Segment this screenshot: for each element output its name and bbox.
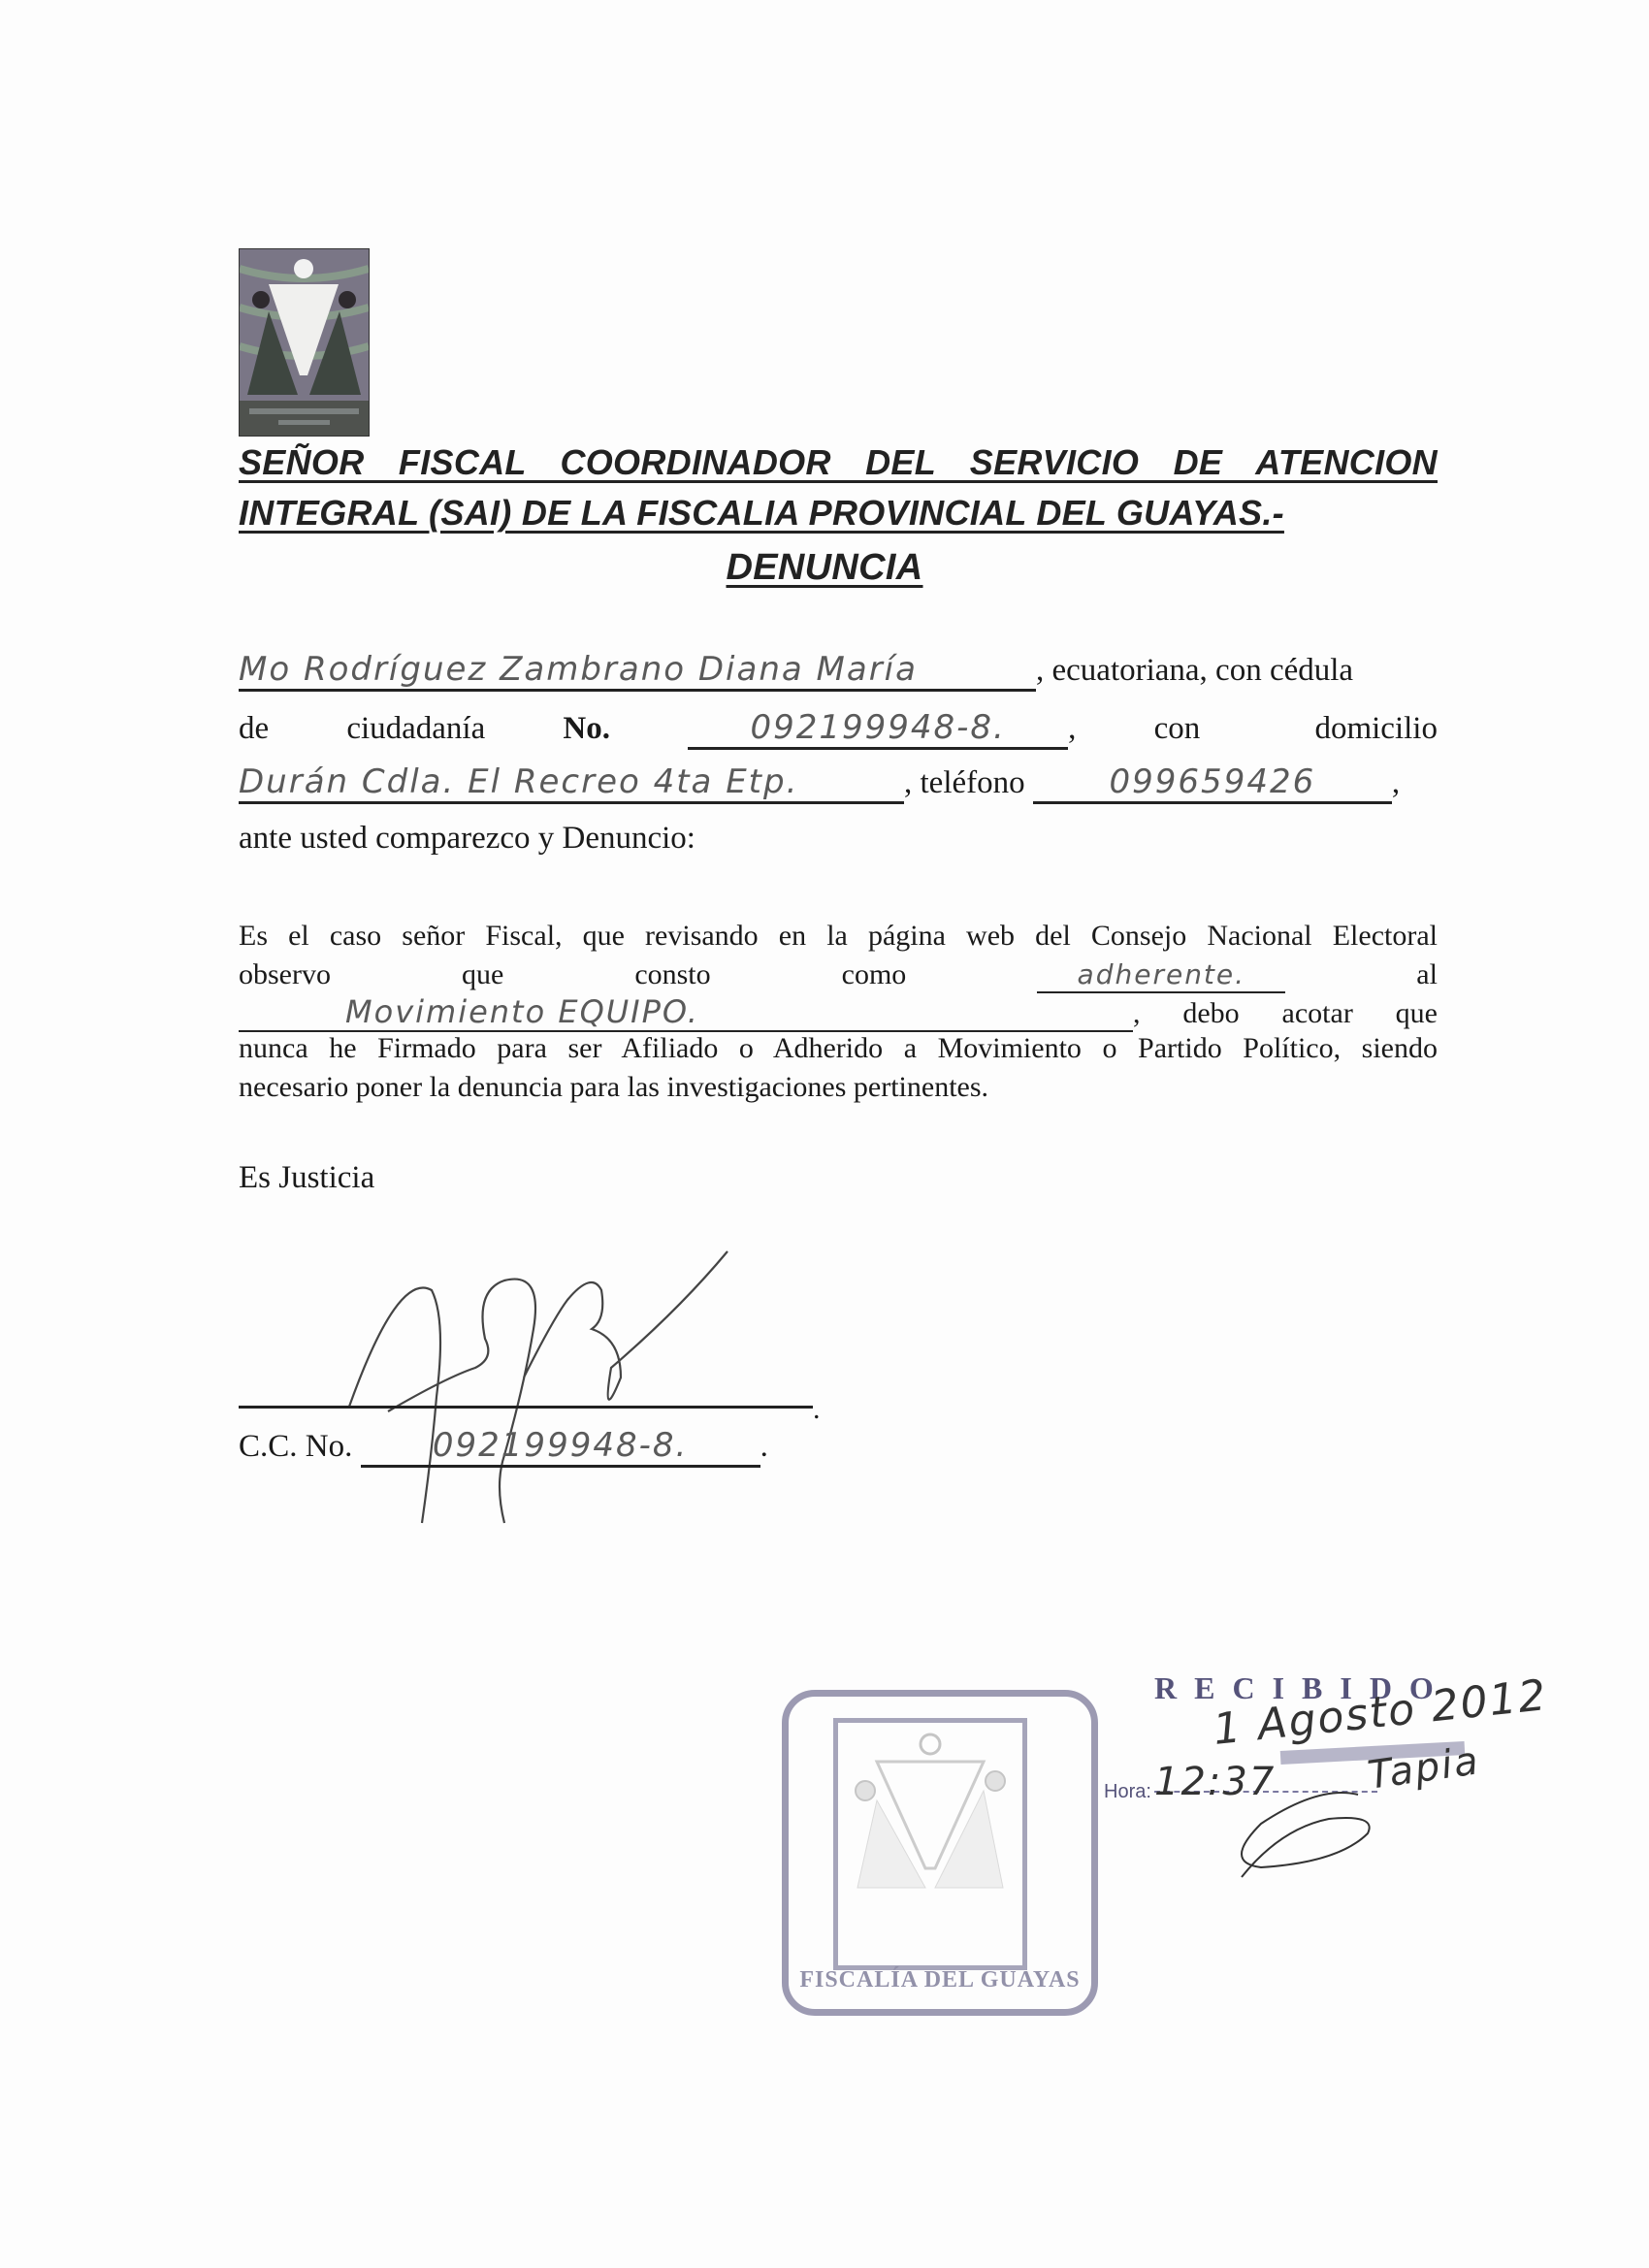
signature-icon <box>330 1232 747 1533</box>
name-field: Mo Rodríguez Zambrano Diana María <box>239 650 1036 692</box>
de-label: de <box>239 711 269 747</box>
stamp-text: FISCALÍA DEL GUAYAS <box>789 1967 1091 1993</box>
domicilio-text: con domicilio <box>1154 711 1438 747</box>
role-handwritten: adherente. <box>1078 958 1246 990</box>
nationality-text: , ecuatoriana, con cédula <box>1036 653 1353 688</box>
no-label: No. <box>563 711 610 747</box>
address-field: Durán Cdla. El Recreo 4ta Etp. <box>239 762 904 804</box>
es-justicia: Es Justicia <box>239 1160 374 1196</box>
al-label: al <box>1416 958 1438 991</box>
hora-label: Hora: <box>1104 1781 1151 1803</box>
body-line-4: nunca he Firmado para ser Afiliado o Adh… <box>239 1032 1438 1065</box>
cc-row: C.C. No. 092199948-8.. <box>239 1426 768 1468</box>
signature-line-period: . <box>813 1393 821 1426</box>
phone-field: 099659426 <box>1033 762 1392 804</box>
movement-field: Movimiento EQUIPO. <box>239 993 1133 1032</box>
movement-handwritten: Movimiento EQUIPO. <box>239 993 699 1030</box>
word-que: que <box>462 958 503 991</box>
cc-handwritten: 092199948-8. <box>433 1426 688 1465</box>
cc-label: C.C. No. <box>239 1429 352 1464</box>
signature-line <box>239 1406 813 1409</box>
heading-line-2: INTEGRAL (SAI) DE LA FISCALIA PROVINCIAL… <box>239 493 1438 534</box>
cedula-field: 092199948-8. <box>688 708 1068 750</box>
cc-field: 092199948-8. <box>361 1426 760 1468</box>
phone-handwritten: 099659426 <box>1110 762 1316 801</box>
intro-line-3: Durán Cdla. El Recreo 4ta Etp., teléfono… <box>239 762 1438 804</box>
name-handwritten: Mo Rodríguez Zambrano Diana María <box>239 650 918 689</box>
intro-line-1: Mo Rodríguez Zambrano Diana María, ecuat… <box>239 650 1438 692</box>
intro-line-2: de ciudadanía No. 092199948-8., con domi… <box>239 708 1438 750</box>
address-handwritten: Durán Cdla. El Recreo 4ta Etp. <box>239 762 798 801</box>
word-como: como <box>842 958 907 991</box>
cedula-handwritten: 092199948-8. <box>750 708 1005 747</box>
telefono-label: , teléfono <box>904 765 1025 800</box>
document-title: DENUNCIA <box>0 547 1649 589</box>
body-line-3: Movimiento EQUIPO. , debo acotar que <box>239 993 1438 1032</box>
intro-closing: ante usted comparezco y Denuncio: <box>239 821 695 857</box>
stamp-frame <box>833 1718 1027 1970</box>
role-field: adherente. <box>1037 958 1285 993</box>
word-observo: observo <box>239 958 331 991</box>
receiver-signature-loop-icon <box>1222 1775 1397 1882</box>
body-line-5: necesario poner la denuncia para las inv… <box>239 1071 988 1104</box>
body-line-3-tail: , debo acotar que <box>1133 997 1438 1030</box>
body-line-2: observo que consto como adherente. al <box>239 958 1438 993</box>
heading-line-1: SEÑOR FISCAL COORDINADOR DEL SERVICIO DE… <box>239 442 1438 483</box>
fiscalia-seal-icon <box>838 1723 1022 1965</box>
ciudadania-label: ciudadanía <box>346 711 485 747</box>
fiscalia-logo-icon <box>240 249 369 436</box>
body-line-1: Es el caso señor Fiscal, que revisando e… <box>239 920 1438 953</box>
word-consto: consto <box>634 958 710 991</box>
fiscalia-logo <box>239 248 370 437</box>
fiscalia-stamp: FISCALÍA DEL GUAYAS <box>782 1690 1098 2016</box>
